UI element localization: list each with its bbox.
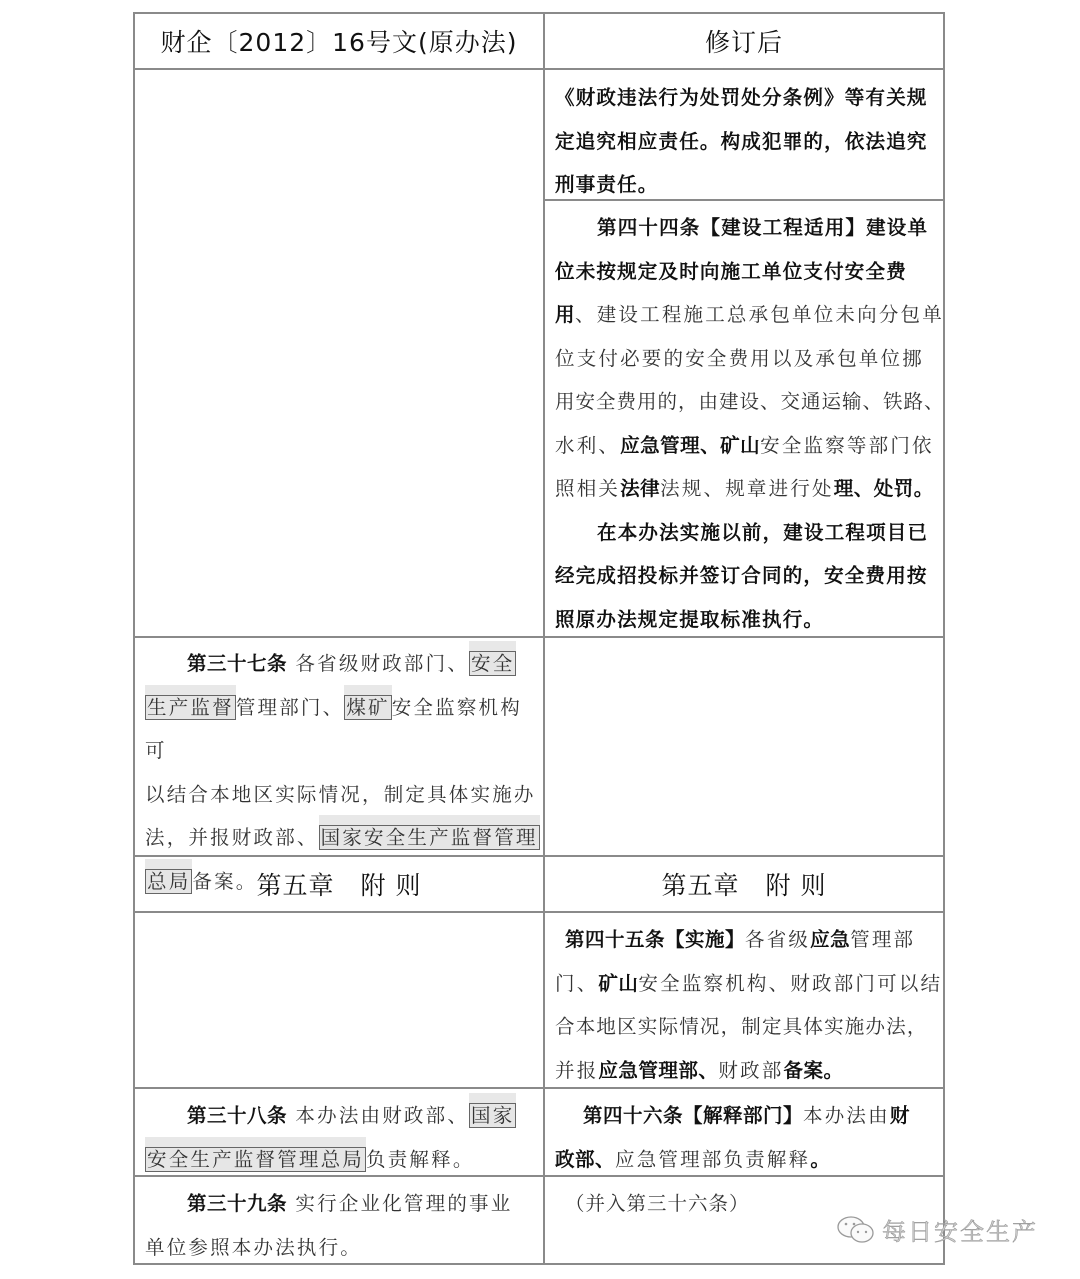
highlighted-text: 国家安全生产监督管理: [319, 825, 540, 850]
text-bold: 财: [890, 1104, 910, 1127]
text: 合本地区实际情况，制定具体实施办法，: [555, 1015, 928, 1038]
text-bold: 备案。: [784, 1059, 844, 1082]
row1-revised-cell: 《财政违法行为处罚处分条例》等有关规定追究相应责任。构成犯罪的，依法追究刑事责任…: [555, 76, 945, 207]
article-37-title: 第三十七条: [187, 652, 287, 675]
text-bold: 矿山: [598, 972, 638, 995]
text: 财政部: [718, 1059, 783, 1082]
text: 法，并报财政部、: [145, 826, 319, 849]
article-39: 第三十九条 实行企业化管理的事业 单位参照本办法执行。: [145, 1182, 541, 1269]
text: 管理部: [850, 928, 915, 951]
watermark: 每日安全生产: [836, 1212, 1038, 1247]
text: 本办法由: [803, 1104, 890, 1127]
article-44-title: 第四十四条【建设工程适用】建设单: [597, 216, 928, 239]
header-original: 财企〔2012〕16号文(原办法): [135, 14, 543, 68]
text-bold: 照原办法规定提取标准执行。: [555, 608, 824, 631]
text: 管理部门、: [236, 696, 345, 719]
text: 各省级财政部门、: [287, 652, 469, 675]
article-46: 第四十六条【解释部门】本办法由财 政部、应急管理部负责解释。: [555, 1094, 945, 1181]
text: 本办法由财政部、: [287, 1104, 469, 1127]
text-bold: 政部、: [555, 1148, 615, 1171]
article-45-title: 第四十五条【实施】: [565, 928, 745, 951]
text-bold: 用: [555, 303, 575, 326]
text-bold: 。: [810, 1148, 830, 1171]
text: 法规、规章进行处: [660, 477, 834, 500]
text-bold: 法律: [620, 477, 660, 500]
text-bold: 经完成招投标并签订合同的，安全费用按: [555, 564, 928, 587]
text: 门、: [555, 972, 598, 995]
row6-revised-cell: 第四十六条【解释部门】本办法由财 政部、应急管理部负责解释。: [555, 1094, 945, 1181]
text-bold: 应急: [810, 928, 850, 951]
row6-original-cell: 第三十八条 本办法由财政部、国家 安全生产监督管理总局负责解释。: [145, 1094, 541, 1181]
text-bold: 理、处罚。: [834, 477, 934, 500]
text: 实行企业化管理的事业: [287, 1192, 512, 1215]
row2-revised-cell: 第四十四条【建设工程适用】建设单 位未按规定及时向施工单位支付安全费 用、建设工…: [555, 206, 945, 641]
text: 照相关: [555, 477, 620, 500]
chapter-heading-revised: 第五章 附 则: [545, 857, 943, 911]
highlighted-text: 国家: [469, 1103, 516, 1128]
text: 以结合本地区实际情况，制定具体实施办: [145, 783, 536, 806]
row1-revised-line: 《财政违法行为处罚处分条例》等有关规定追究相应责任。构成犯罪的，依法追究刑事责任…: [555, 76, 945, 207]
article-45: 第四十五条【实施】各省级应急管理部 门、矿山安全监察机构、财政部门可以结 合本地…: [555, 918, 945, 1092]
text-bold: 在本办法实施以前，建设工程项目已: [597, 521, 928, 544]
text-bold: 应急管理部、: [598, 1059, 718, 1082]
highlighted-text: 安全生产监督管理总局: [145, 1147, 366, 1172]
text: 安全监察等部门依: [760, 434, 934, 457]
row5-revised-cell: 第四十五条【实施】各省级应急管理部 门、矿山安全监察机构、财政部门可以结 合本地…: [555, 918, 945, 1092]
table-divider: [133, 68, 945, 70]
text: 安全监察机构、财政部门可以结: [638, 972, 942, 995]
text: 、建设工程施工总承包单位未向分包单: [575, 303, 944, 326]
text: 位支付必要的安全费用以及承包单位挪: [555, 347, 924, 370]
comparison-table: 财企〔2012〕16号文(原办法) 修订后 《财政违法行为处罚处分条例》等有关规…: [133, 12, 945, 1265]
table-divider: [133, 911, 945, 913]
text: 各省级: [745, 928, 810, 951]
article-38-title: 第三十八条: [187, 1104, 287, 1127]
text: 负责解释。: [366, 1148, 475, 1171]
text-line: 刑事责任。: [555, 173, 659, 196]
text: 单位参照本办法执行。: [145, 1236, 362, 1259]
text-bold: 应急管理、矿山: [620, 434, 760, 457]
text-line: 《财政违法行为处罚处分条例》等有关规: [555, 86, 928, 109]
header-revised: 修订后: [545, 14, 943, 68]
row7-original-cell: 第三十九条 实行企业化管理的事业 单位参照本办法执行。: [145, 1182, 541, 1269]
text: 水利、: [555, 434, 620, 457]
text: 应急管理部负责解释: [615, 1148, 810, 1171]
article-39-title: 第三十九条: [187, 1192, 287, 1215]
article-46-title: 第四十六条【解释部门】: [583, 1104, 803, 1127]
chapter-heading-original: 第五章 附 则: [135, 857, 543, 911]
table-border-left: [133, 12, 135, 1265]
article-44: 第四十四条【建设工程适用】建设单 位未按规定及时向施工单位支付安全费 用、建设工…: [555, 206, 945, 641]
table-column-divider: [543, 12, 545, 1265]
highlighted-text: 安全: [469, 651, 516, 676]
watermark-text: 每日安全生产: [882, 1212, 1038, 1247]
text-bold: 位未按规定及时向施工单位支付安全费: [555, 260, 907, 283]
text: 用安全费用的，由建设、交通运输、铁路、: [555, 390, 945, 413]
highlighted-text: 生产监督: [145, 695, 236, 720]
article-38: 第三十八条 本办法由财政部、国家 安全生产监督管理总局负责解释。: [145, 1094, 541, 1181]
highlighted-text: 煤矿: [344, 695, 391, 720]
text-line: 定追究相应责任。构成犯罪的，依法追究: [555, 130, 928, 153]
wechat-icon: [836, 1214, 876, 1246]
text: 并报: [555, 1059, 598, 1082]
